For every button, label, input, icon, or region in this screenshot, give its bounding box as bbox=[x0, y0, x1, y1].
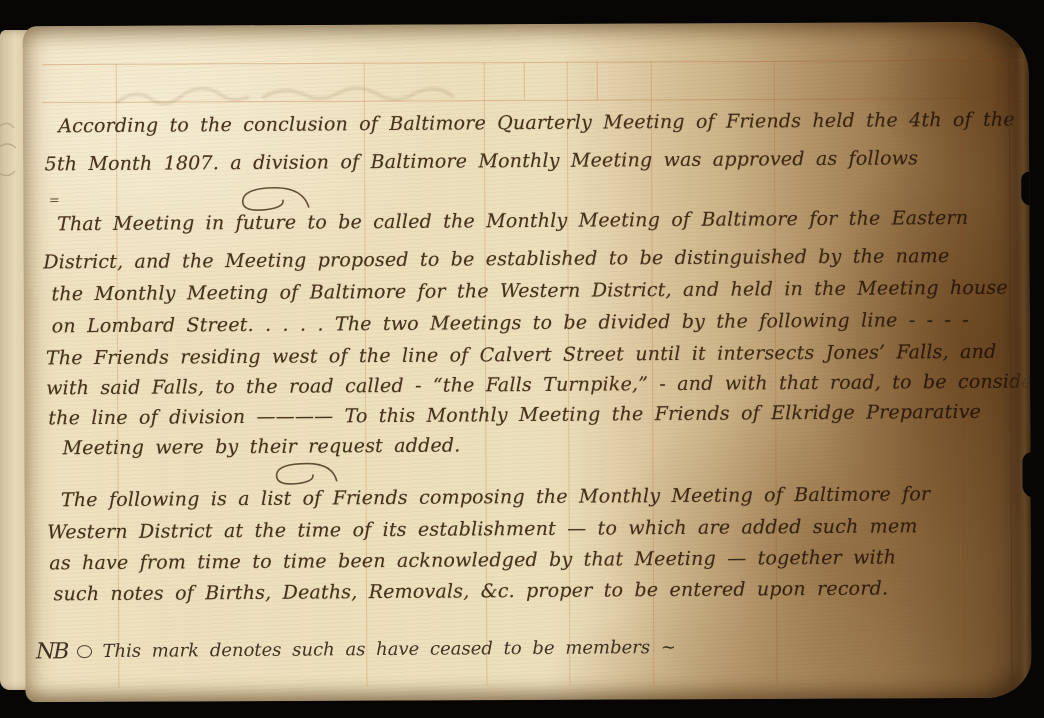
footnote-marker: NB bbox=[36, 639, 68, 664]
manuscript-line: the line of division ———— To this Monthl… bbox=[48, 401, 981, 430]
manuscript-line: the Monthly Meeting of Baltimore for the… bbox=[51, 277, 1007, 306]
page-edge-stack bbox=[1009, 48, 1032, 688]
manuscript-line: 5th Month 1807. a division of Baltimore … bbox=[45, 147, 919, 175]
manuscript-line: Western District at the time of its esta… bbox=[47, 515, 918, 543]
handwriting-layer: According to the conclusion of Baltimore… bbox=[23, 22, 1032, 702]
manuscript-line: The following is a list of Friends compo… bbox=[61, 483, 931, 511]
pen-flourish bbox=[263, 459, 343, 488]
margin-mark: = bbox=[49, 193, 60, 208]
book-photo-backdrop: According to the conclusion of Baltimore… bbox=[0, 0, 1044, 718]
footnote: NB This mark denotes such as have ceased… bbox=[36, 635, 676, 664]
footnote-text: This mark denotes such as have ceased to… bbox=[102, 637, 676, 662]
manuscript-line: That Meeting in future to be called the … bbox=[57, 207, 968, 235]
membership-ceased-circle-symbol bbox=[77, 645, 92, 658]
manuscript-line: District, and the Meeting proposed to be… bbox=[43, 245, 949, 273]
manuscript-line: with said Falls, to the road called - “t… bbox=[46, 370, 1031, 399]
edge-tear-notch bbox=[1021, 172, 1031, 206]
edge-tear-notch bbox=[1022, 452, 1031, 498]
manuscript-line: on Lombard Street. . . . . The two Meeti… bbox=[52, 309, 969, 337]
manuscript-page: According to the conclusion of Baltimore… bbox=[23, 22, 1032, 702]
manuscript-line: as have from time to time been acknowled… bbox=[49, 546, 896, 574]
pen-flourish bbox=[229, 183, 315, 214]
manuscript-line: Meeting were by their request added. bbox=[63, 434, 461, 459]
manuscript-line: such notes of Births, Deaths, Removals, … bbox=[54, 577, 889, 605]
pencil-scribble bbox=[0, 118, 22, 208]
manuscript-line: According to the conclusion of Baltimore… bbox=[58, 109, 1015, 138]
manuscript-line: The Friends residing west of the line of… bbox=[46, 341, 997, 370]
